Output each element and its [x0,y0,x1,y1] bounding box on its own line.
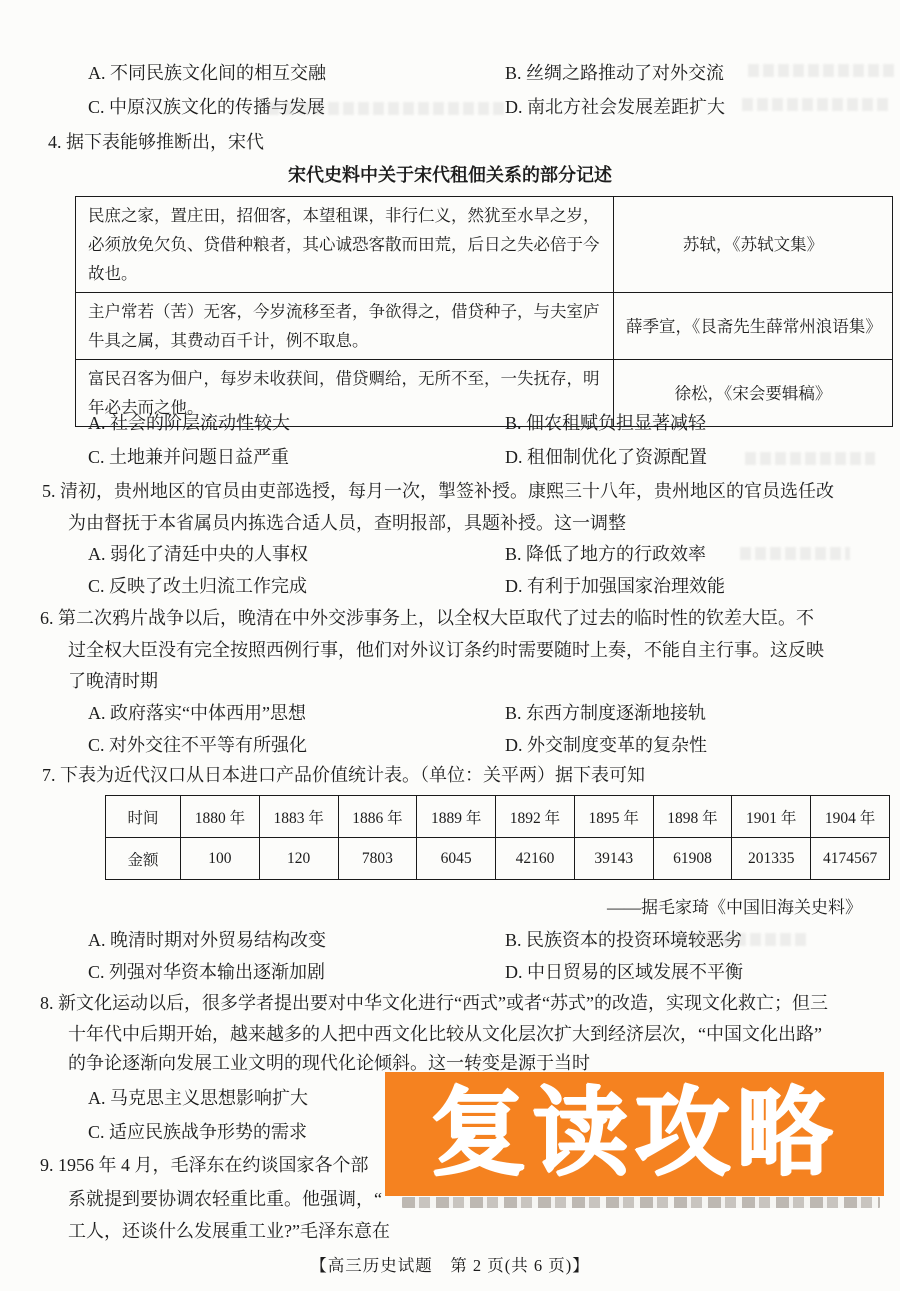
watermark-text: 复读攻略 [431,1086,839,1182]
q7-header-cell: 时间 [106,796,181,838]
q7-header-cell: 1901 年 [732,796,811,838]
q3-option-b: B. 丝绸之路推动了对外交流 [505,62,724,84]
table-row: 时间 1880 年 1883 年 1886 年 1889 年 1892 年 18… [106,796,890,838]
q6-option-d: D. 外交制度变革的复杂性 [505,734,707,756]
page-bleed-through [740,547,850,560]
q7-value-cell: 61908 [653,838,732,880]
page-bleed-through [748,64,898,77]
q4-row2-source: 薛季宣，《艮斋先生薛常州浪语集》 [614,293,893,360]
q6-stem-line3: 了晚清时期 [68,670,158,692]
q5-option-c: C. 反映了改土归流工作完成 [88,575,307,597]
q6-option-b: B. 东西方制度逐渐地接轨 [505,702,706,724]
q7-option-b: B. 民族资本的投资环境较恶劣 [505,929,742,951]
q5-stem-line2: 为由督抚于本省属员内拣选合适人员，查明报部，具题补授。这一调整 [68,512,626,534]
q7-header-cell: 1892 年 [496,796,575,838]
q5-option-d: D. 有利于加强国家治理效能 [505,575,725,597]
q7-stem: 7. 下表为近代汉口从日本进口产品价值统计表。（单位：关平两）据下表可知 [42,764,645,786]
q7-value-cell: 7803 [338,838,417,880]
q7-header-cell: 1895 年 [574,796,653,838]
q4-row2-quote: 主户常若（苦）无客，今岁流移至者，争欲得之，借贷种子，与夫室庐牛具之属，其费动百… [76,293,614,360]
page-bleed-through [742,98,892,111]
q4-source-table: 民庶之家，置庄田，招佃客，本望租课，非行仁义，然犹至水旱之岁，必须放免欠负、贷借… [75,196,893,427]
q6-option-a: A. 政府落实“中体西用”思想 [88,702,306,724]
q8-stem-line3: 的争论逐渐向发展工业文明的现代化论倾斜。这一转变是源于当时 [68,1052,590,1074]
q6-option-c: C. 对外交往不平等有所强化 [88,734,307,756]
q7-import-value-table: 时间 1880 年 1883 年 1886 年 1889 年 1892 年 18… [105,795,890,880]
q7-value-cell: 6045 [417,838,496,880]
q7-source-citation: ——据毛家琦《中国旧海关史料》 [0,897,862,919]
q4-row1-quote: 民庶之家，置庄田，招佃客，本望租课，非行仁义，然犹至水旱之岁，必须放免欠负、贷借… [76,197,614,293]
q4-table-title: 宋代史料中关于宋代租佃关系的部分记述 [0,164,900,186]
q7-value-cell: 39143 [574,838,653,880]
q7-value-cell: 42160 [496,838,575,880]
q7-option-d: D. 中日贸易的区域发展不平衡 [505,961,743,983]
q8-option-a: A. 马克思主义思想影响扩大 [88,1087,308,1109]
q7-header-cell: 1880 年 [181,796,260,838]
table-row: 民庶之家，置庄田，招佃客，本望租课，非行仁义，然犹至水旱之岁，必须放免欠负、贷借… [76,197,893,293]
q8-stem-line2: 十年代中后期开始，越来越多的人把中西文化比较从文化层次扩大到经济层次，“中国文化… [68,1023,822,1045]
exam-paper-page: A. 不同民族文化间的相互交融 B. 丝绸之路推动了对外交流 C. 中原汉族文化… [0,0,900,1291]
q4-option-c: C. 土地兼并问题日益严重 [88,446,289,468]
q7-option-a: A. 晚清时期对外贸易结构改变 [88,929,326,951]
table-row: 金额 100 120 7803 6045 42160 39143 61908 2… [106,838,890,880]
q3-option-d: D. 南北方社会发展差距扩大 [505,96,725,118]
q9-stem-line3: 工人，还谈什么发展重工业?”毛泽东意在 [68,1220,390,1242]
q7-header-cell: 1886 年 [338,796,417,838]
q6-stem-line2: 过全权大臣没有完全按照西例行事，他们对外议订条约时需要随时上奏，不能自主行事。这… [68,639,824,661]
q4-option-b: B. 佃农租赋负担显著减轻 [505,412,706,434]
table-row: 主户常若（苦）无客，今岁流移至者，争欲得之，借贷种子，与夫室庐牛具之属，其费动百… [76,293,893,360]
q4-option-a: A. 社会的阶层流动性较大 [88,412,290,434]
q8-stem-line1: 8. 新文化运动以后，很多学者提出要对中华文化进行“西式”或者“苏式”的改造，实… [40,992,828,1014]
q7-value-cell: 100 [181,838,260,880]
q3-option-c: C. 中原汉族文化的传播与发展 [88,96,325,118]
q7-value-cell: 201335 [732,838,811,880]
q7-header-cell: 1898 年 [653,796,732,838]
watermark-overlay: 复读攻略 [385,1072,884,1196]
q7-header-cell: 1889 年 [417,796,496,838]
q9-stem-line2: 系就提到要协调农轻重比重。他强调，“ [68,1188,385,1210]
q9-stem-line1: 9. 1956 年 4 月，毛泽东在约谈国家各个部 [40,1154,385,1176]
q5-stem-line1: 5. 清初，贵州地区的官员由吏部选授，每月一次，掣签补授。康熙三十八年，贵州地区… [42,480,834,502]
q7-header-cell: 1883 年 [259,796,338,838]
q4-row1-source: 苏轼，《苏轼文集》 [614,197,893,293]
q4-option-d: D. 租佃制优化了资源配置 [505,446,707,468]
q5-option-a: A. 弱化了清廷中央的人事权 [88,543,308,565]
q4-stem: 4. 据下表能够推断出，宋代 [48,131,264,153]
q7-value-cell: 金额 [106,838,181,880]
q3-option-a: A. 不同民族文化间的相互交融 [88,62,326,84]
page-bleed-through [745,452,875,465]
page-footer: 【高三历史试题 第 2 页(共 6 页)】 [0,1252,900,1276]
q7-value-cell: 120 [259,838,338,880]
q7-value-cell: 4174567 [811,838,890,880]
q7-option-c: C. 列强对华资本输出逐渐加剧 [88,961,325,983]
q8-option-c: C. 适应民族战争形势的需求 [88,1121,307,1143]
obscured-text-fragment [402,1197,880,1208]
q7-header-cell: 1904 年 [811,796,890,838]
q6-stem-line1: 6. 第二次鸦片战争以后，晚清在中外交涉事务上，以全权大臣取代了过去的临时性的钦… [40,607,814,629]
q5-option-b: B. 降低了地方的行政效率 [505,543,706,565]
